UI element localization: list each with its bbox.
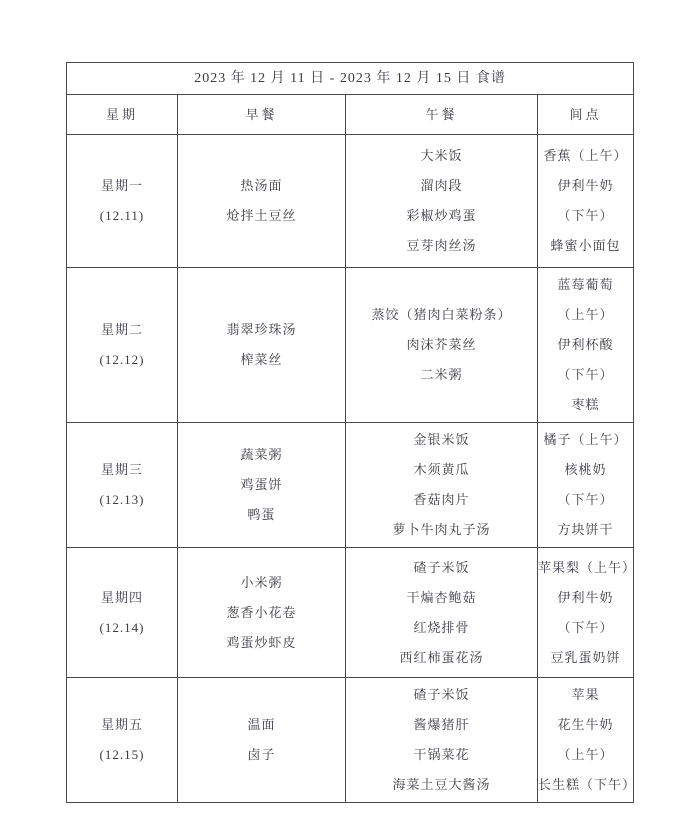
day-cell: 星期二(12.12) — [67, 268, 178, 423]
menu-line: 蓝莓葡萄 — [538, 270, 633, 300]
day-cell: 星期四(12.14) — [67, 548, 178, 678]
breakfast-cell: 小米粥葱香小花卷鸡蛋炒虾皮 — [178, 548, 346, 678]
menu-table: 2023 年 12 月 11 日 - 2023 年 12 月 15 日 食谱 星… — [66, 62, 634, 803]
menu-line: （下午） — [538, 613, 633, 643]
snack-cell: 香蕉（上午）伊利牛奶（下午）蜂蜜小面包 — [538, 135, 634, 268]
menu-line: （上午） — [538, 300, 633, 330]
menu-line: 蜂蜜小面包 — [538, 231, 633, 261]
lunch-cell: 碴子米饭酱爆猪肝干锅菜花海菜土豆大酱汤 — [346, 678, 538, 803]
menu-line: 鸡蛋炒虾皮 — [178, 628, 345, 658]
menu-line: 酱爆猪肝 — [346, 710, 537, 740]
menu-line: 鸡蛋饼 — [178, 470, 345, 500]
menu-line: 榨菜丝 — [178, 345, 345, 375]
breakfast-cell: 蔬菜粥鸡蛋饼鸭蛋 — [178, 423, 346, 548]
menu-line: 方块饼干 — [538, 515, 633, 545]
menu-line: 星期五 — [67, 710, 177, 740]
menu-line: 西红柿蛋花汤 — [346, 643, 537, 673]
menu-line: 枣糕 — [538, 390, 633, 420]
menu-line: 长生糕（下午） — [538, 770, 633, 800]
menu-line: 温面 — [178, 710, 345, 740]
menu-line: 核桃奶 — [538, 455, 633, 485]
menu-line: (12.13) — [67, 485, 177, 515]
day-cell: 星期三(12.13) — [67, 423, 178, 548]
menu-line: 金银米饭 — [346, 425, 537, 455]
menu-table-body: 星期一(12.11)热汤面炝拌土豆丝大米饭溜肉段彩椒炒鸡蛋豆芽肉丝汤香蕉（上午）… — [67, 135, 634, 803]
snack-cell: 橘子（上午）核桃奶（下午）方块饼干 — [538, 423, 634, 548]
snack-cell: 苹果梨（上午）伊利牛奶（下午）豆乳蛋奶饼 — [538, 548, 634, 678]
menu-line: 二米粥 — [346, 360, 537, 390]
menu-line: 彩椒炒鸡蛋 — [346, 201, 537, 231]
menu-line: 橘子（上午） — [538, 425, 633, 455]
column-header-breakfast: 早餐 — [178, 95, 346, 135]
menu-line: (12.11) — [67, 201, 177, 231]
table-title-row: 2023 年 12 月 11 日 - 2023 年 12 月 15 日 食谱 — [67, 63, 634, 95]
menu-line: 红烧排骨 — [346, 613, 537, 643]
menu-line: （下午） — [538, 201, 633, 231]
menu-line: 星期四 — [67, 583, 177, 613]
menu-line: 木须黄瓜 — [346, 455, 537, 485]
menu-line: 炝拌土豆丝 — [178, 201, 345, 231]
day-cell: 星期五(12.15) — [67, 678, 178, 803]
column-header-snack: 间点 — [538, 95, 634, 135]
menu-line: 海菜土豆大酱汤 — [346, 770, 537, 800]
menu-line: 苹果 — [538, 680, 633, 710]
menu-line: 碴子米饭 — [346, 553, 537, 583]
menu-line: 翡翠珍珠汤 — [178, 315, 345, 345]
menu-line: 苹果梨（上午） — [538, 553, 633, 583]
breakfast-cell: 温面卤子 — [178, 678, 346, 803]
table-row: 星期四(12.14)小米粥葱香小花卷鸡蛋炒虾皮碴子米饭干煸杏鲍菇红烧排骨西红柿蛋… — [67, 548, 634, 678]
menu-line: 小米粥 — [178, 568, 345, 598]
snack-cell: 蓝莓葡萄（上午）伊利杯酸（下午）枣糕 — [538, 268, 634, 423]
table-row: 星期二(12.12)翡翠珍珠汤榨菜丝蒸饺（猪肉白菜粉条）肉沫芥菜丝二米粥蓝莓葡萄… — [67, 268, 634, 423]
table-header-row: 星期 早餐 午餐 间点 — [67, 95, 634, 135]
lunch-cell: 金银米饭木须黄瓜香菇肉片萝卜牛肉丸子汤 — [346, 423, 538, 548]
menu-line: 豆乳蛋奶饼 — [538, 643, 633, 673]
menu-line: （上午） — [538, 740, 633, 770]
menu-line: （下午） — [538, 485, 633, 515]
menu-line: （下午） — [538, 360, 633, 390]
lunch-cell: 大米饭溜肉段彩椒炒鸡蛋豆芽肉丝汤 — [346, 135, 538, 268]
menu-line: (12.14) — [67, 613, 177, 643]
menu-line: 星期二 — [67, 315, 177, 345]
menu-line: 热汤面 — [178, 171, 345, 201]
menu-line: 豆芽肉丝汤 — [346, 231, 537, 261]
menu-line: 香菇肉片 — [346, 485, 537, 515]
menu-line: 萝卜牛肉丸子汤 — [346, 515, 537, 545]
document-page: 2023 年 12 月 11 日 - 2023 年 12 月 15 日 食谱 星… — [0, 0, 700, 838]
table-title: 2023 年 12 月 11 日 - 2023 年 12 月 15 日 食谱 — [67, 63, 634, 95]
menu-line: 伊利杯酸 — [538, 330, 633, 360]
menu-line: 干煸杏鲍菇 — [346, 583, 537, 613]
menu-line: 伊利牛奶 — [538, 171, 633, 201]
column-header-day: 星期 — [67, 95, 178, 135]
day-cell: 星期一(12.11) — [67, 135, 178, 268]
menu-line: 碴子米饭 — [346, 680, 537, 710]
table-row: 星期一(12.11)热汤面炝拌土豆丝大米饭溜肉段彩椒炒鸡蛋豆芽肉丝汤香蕉（上午）… — [67, 135, 634, 268]
menu-line: 花生牛奶 — [538, 710, 633, 740]
menu-line: 肉沫芥菜丝 — [346, 330, 537, 360]
menu-line: 干锅菜花 — [346, 740, 537, 770]
breakfast-cell: 热汤面炝拌土豆丝 — [178, 135, 346, 268]
lunch-cell: 蒸饺（猪肉白菜粉条）肉沫芥菜丝二米粥 — [346, 268, 538, 423]
table-row: 星期五(12.15)温面卤子碴子米饭酱爆猪肝干锅菜花海菜土豆大酱汤苹果花生牛奶（… — [67, 678, 634, 803]
menu-line: 蒸饺（猪肉白菜粉条） — [346, 300, 537, 330]
menu-line: 溜肉段 — [346, 171, 537, 201]
column-header-lunch: 午餐 — [346, 95, 538, 135]
menu-line: (12.15) — [67, 740, 177, 770]
menu-line: 葱香小花卷 — [178, 598, 345, 628]
menu-line: 伊利牛奶 — [538, 583, 633, 613]
menu-line: 鸭蛋 — [178, 500, 345, 530]
menu-line: 大米饭 — [346, 141, 537, 171]
menu-line: 卤子 — [178, 740, 345, 770]
menu-line: 星期三 — [67, 455, 177, 485]
lunch-cell: 碴子米饭干煸杏鲍菇红烧排骨西红柿蛋花汤 — [346, 548, 538, 678]
snack-cell: 苹果花生牛奶（上午）长生糕（下午） — [538, 678, 634, 803]
menu-line: 星期一 — [67, 171, 177, 201]
menu-line: 蔬菜粥 — [178, 440, 345, 470]
table-row: 星期三(12.13)蔬菜粥鸡蛋饼鸭蛋金银米饭木须黄瓜香菇肉片萝卜牛肉丸子汤橘子（… — [67, 423, 634, 548]
menu-line: (12.12) — [67, 345, 177, 375]
breakfast-cell: 翡翠珍珠汤榨菜丝 — [178, 268, 346, 423]
menu-line: 香蕉（上午） — [538, 141, 633, 171]
